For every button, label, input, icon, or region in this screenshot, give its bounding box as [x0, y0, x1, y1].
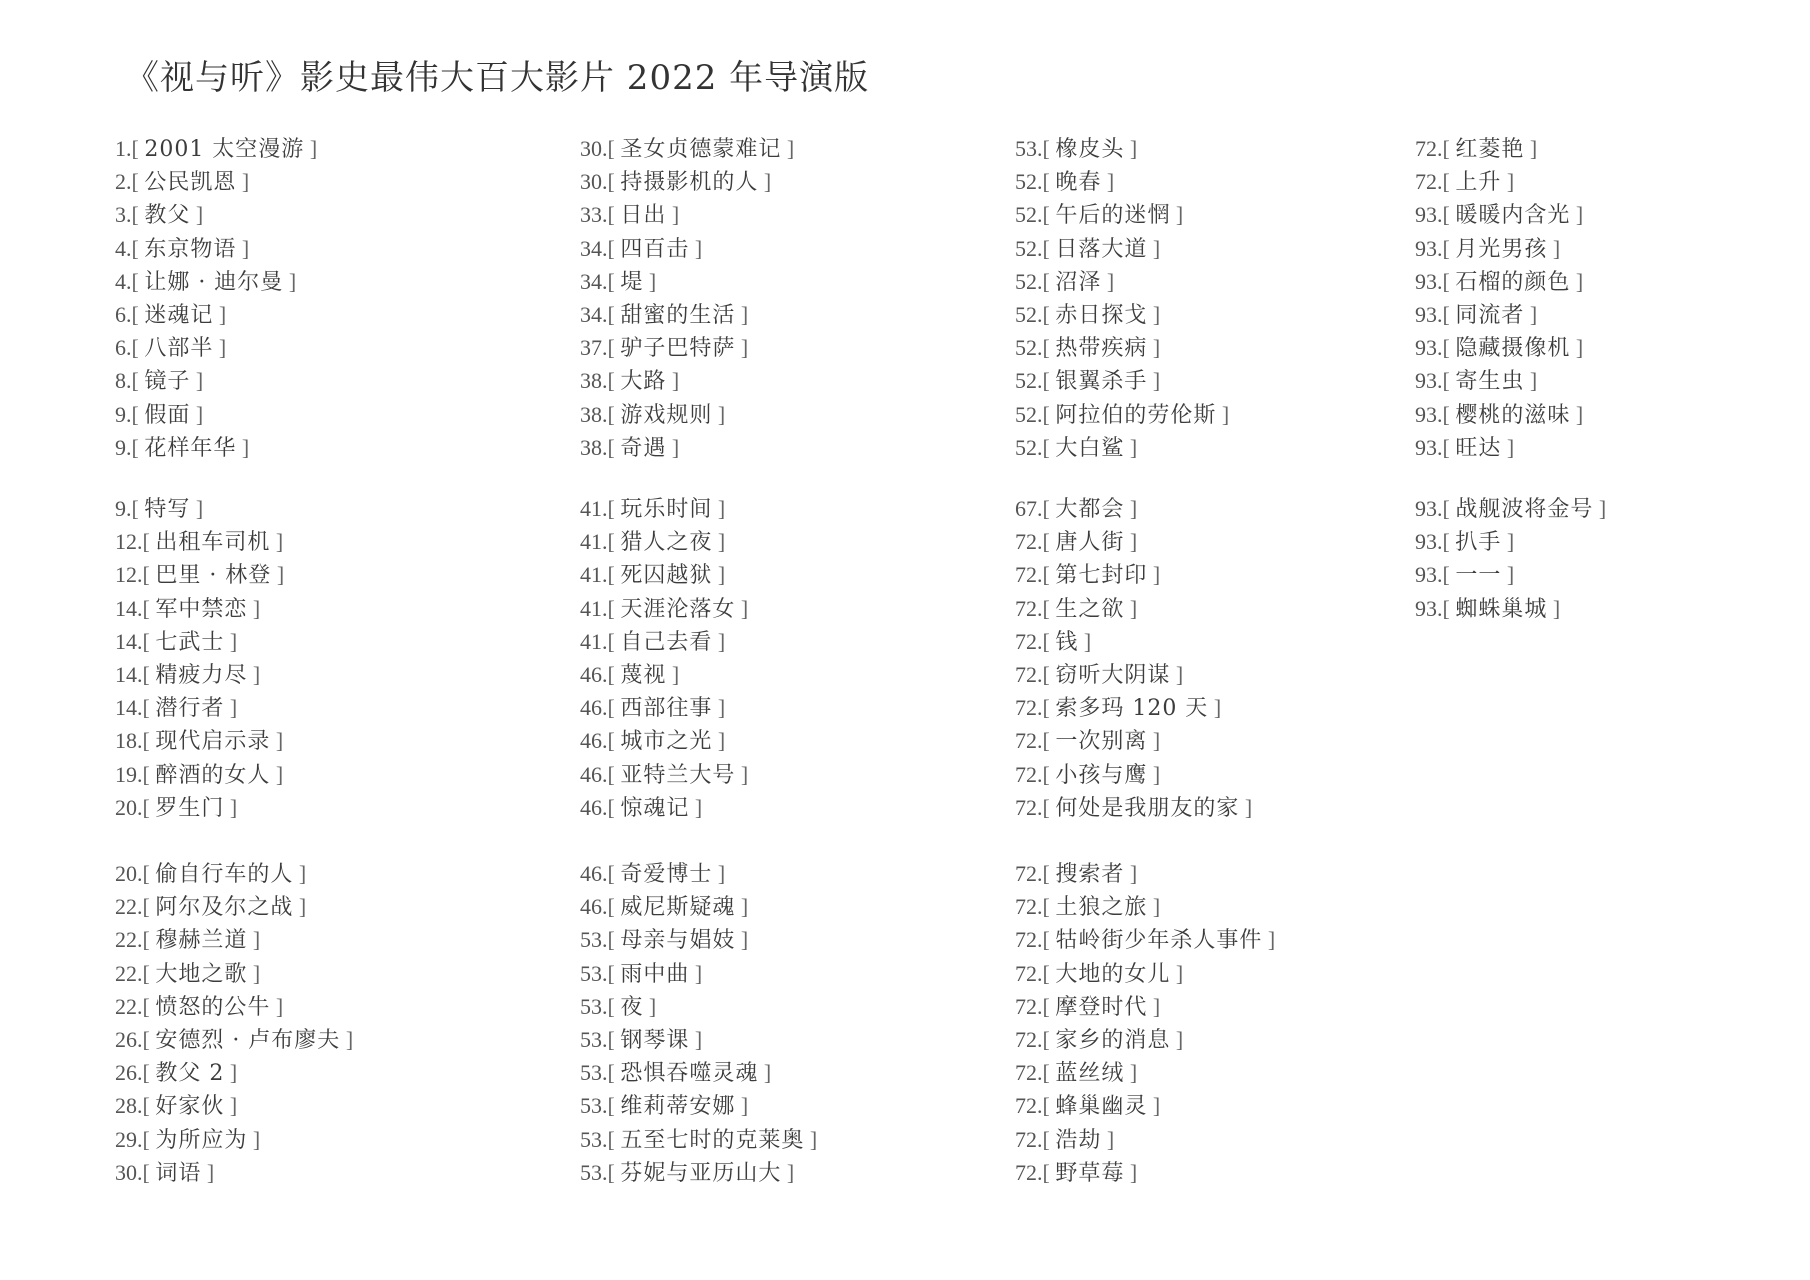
- rank-number: 93.: [1415, 269, 1443, 294]
- list-group: 93.[ 战舰波将金号 ]93.[ 扒手 ]93.[ 一一 ]93.[ 蜘蛛巢城…: [1415, 492, 1606, 625]
- film-title: 出租车司机: [155, 530, 270, 555]
- film-title: 词语: [155, 1161, 201, 1186]
- right-bracket: ]: [1524, 368, 1537, 393]
- film-title: 月光男孩: [1455, 237, 1547, 262]
- rank-number: 72.: [1015, 529, 1043, 554]
- rank-number: 93.: [1415, 402, 1443, 427]
- left-bracket: [: [143, 629, 156, 654]
- list-item: 41.[ 天涯沦落女 ]: [580, 592, 748, 625]
- film-title: 雨中曲: [620, 962, 689, 987]
- right-bracket: ]: [247, 961, 260, 986]
- left-bracket: [: [608, 269, 621, 294]
- left-bracket: [: [143, 894, 156, 919]
- film-title: 2001 太空漫游: [144, 137, 304, 162]
- list-item: 26.[ 安德烈 · 卢布廖夫 ]: [115, 1023, 353, 1056]
- left-bracket: [: [608, 529, 621, 554]
- right-bracket: ]: [643, 994, 656, 1019]
- right-bracket: ]: [1208, 695, 1221, 720]
- right-bracket: ]: [304, 136, 317, 161]
- left-bracket: [: [143, 994, 156, 1019]
- right-bracket: ]: [1147, 335, 1160, 360]
- list-item: 52.[ 大白鲨 ]: [1015, 431, 1229, 464]
- rank-number: 53.: [580, 927, 608, 952]
- right-bracket: ]: [735, 762, 748, 787]
- left-bracket: [: [608, 136, 621, 161]
- film-title: 甜蜜的生活: [620, 303, 735, 328]
- list-item: 53.[ 钢琴课 ]: [580, 1023, 817, 1056]
- left-bracket: [: [143, 762, 156, 787]
- left-bracket: [: [1043, 1027, 1056, 1052]
- rank-number: 46.: [580, 728, 608, 753]
- list-item: 53.[ 母亲与娼妓 ]: [580, 923, 817, 956]
- list-item: 34.[ 甜蜜的生活 ]: [580, 298, 794, 331]
- list-item: 72.[ 唐人街 ]: [1015, 525, 1252, 558]
- list-item: 93.[ 扒手 ]: [1415, 525, 1606, 558]
- left-bracket: [: [1043, 728, 1056, 753]
- rank-number: 34.: [580, 302, 608, 327]
- list-item: 93.[ 旺达 ]: [1415, 431, 1583, 464]
- film-title: 同流者: [1455, 303, 1524, 328]
- right-bracket: ]: [283, 269, 296, 294]
- rank-number: 46.: [580, 861, 608, 886]
- left-bracket: [: [143, 1160, 156, 1185]
- left-bracket: [: [1443, 435, 1456, 460]
- right-bracket: ]: [293, 861, 306, 886]
- right-bracket: ]: [1124, 1160, 1137, 1185]
- list-item: 72.[ 一次别离 ]: [1015, 724, 1252, 757]
- right-bracket: ]: [1124, 529, 1137, 554]
- right-bracket: ]: [1501, 562, 1514, 587]
- right-bracket: ]: [1124, 496, 1137, 521]
- left-bracket: [: [608, 762, 621, 787]
- list-item: 46.[ 城市之光 ]: [580, 724, 748, 757]
- right-bracket: ]: [1524, 136, 1537, 161]
- film-title: 奇爱博士: [620, 862, 712, 887]
- rank-number: 72.: [1015, 994, 1043, 1019]
- list-item: 72.[ 红菱艳 ]: [1415, 132, 1583, 165]
- list-item: 22.[ 穆赫兰道 ]: [115, 923, 353, 956]
- film-title: 维莉蒂安娜: [620, 1094, 735, 1119]
- right-bracket: ]: [293, 894, 306, 919]
- list-item: 53.[ 夜 ]: [580, 990, 817, 1023]
- left-bracket: [: [1043, 994, 1056, 1019]
- list-group: 30.[ 圣女贞德蒙难记 ]30.[ 持摄影机的人 ]33.[ 日出 ]34.[…: [580, 132, 794, 464]
- right-bracket: ]: [1147, 236, 1160, 261]
- rank-number: 72.: [1015, 1027, 1043, 1052]
- right-bracket: ]: [712, 695, 725, 720]
- right-bracket: ]: [1239, 795, 1252, 820]
- right-bracket: ]: [1170, 662, 1183, 687]
- left-bracket: [: [132, 302, 145, 327]
- list-item: 33.[ 日出 ]: [580, 198, 794, 231]
- left-bracket: [: [1043, 169, 1056, 194]
- list-item: 3.[ 教父 ]: [115, 198, 317, 231]
- left-bracket: [: [1443, 335, 1456, 360]
- left-bracket: [: [608, 1127, 621, 1152]
- rank-number: 19.: [115, 762, 143, 787]
- rank-number: 93.: [1415, 302, 1443, 327]
- film-title: 浩劫: [1055, 1128, 1101, 1153]
- rank-number: 93.: [1415, 236, 1443, 261]
- film-title: 游戏规则: [620, 403, 712, 428]
- right-bracket: ]: [224, 1060, 237, 1085]
- left-bracket: [: [143, 1093, 156, 1118]
- left-bracket: [: [132, 202, 145, 227]
- list-item: 6.[ 迷魂记 ]: [115, 298, 317, 331]
- rank-number: 52.: [1015, 335, 1043, 360]
- right-bracket: ]: [1147, 728, 1160, 753]
- film-title: 死囚越狱: [620, 563, 712, 588]
- right-bracket: ]: [1147, 302, 1160, 327]
- left-bracket: [: [1043, 894, 1056, 919]
- film-title: 阿尔及尔之战: [155, 895, 293, 920]
- rank-number: 6.: [115, 335, 132, 360]
- right-bracket: ]: [1124, 435, 1137, 460]
- left-bracket: [: [1043, 529, 1056, 554]
- list-item: 72.[ 牯岭街少年杀人事件 ]: [1015, 923, 1275, 956]
- film-title: 搜索者: [1055, 862, 1124, 887]
- rank-number: 72.: [1015, 961, 1043, 986]
- film-title: 公民凯恩: [144, 170, 236, 195]
- film-title: 奇遇: [620, 436, 666, 461]
- right-bracket: ]: [1147, 894, 1160, 919]
- rank-number: 53.: [1015, 136, 1043, 161]
- film-title: 猎人之夜: [620, 530, 712, 555]
- right-bracket: ]: [1524, 302, 1537, 327]
- left-bracket: [: [608, 402, 621, 427]
- left-bracket: [: [1443, 562, 1456, 587]
- film-title: 牯岭街少年杀人事件: [1055, 928, 1262, 953]
- film-title: 钱: [1055, 630, 1078, 655]
- left-bracket: [: [608, 435, 621, 460]
- rank-number: 72.: [1015, 695, 1043, 720]
- rank-number: 41.: [580, 629, 608, 654]
- rank-number: 72.: [1015, 596, 1043, 621]
- list-item: 72.[ 蜂巢幽灵 ]: [1015, 1089, 1275, 1122]
- left-bracket: [: [1443, 529, 1456, 554]
- list-item: 46.[ 亚特兰大号 ]: [580, 758, 748, 791]
- list-item: 8.[ 镜子 ]: [115, 364, 317, 397]
- list-item: 93.[ 战舰波将金号 ]: [1415, 492, 1606, 525]
- right-bracket: ]: [735, 927, 748, 952]
- right-bracket: ]: [1501, 169, 1514, 194]
- rank-number: 1.: [115, 136, 132, 161]
- right-bracket: ]: [712, 529, 725, 554]
- list-group: 67.[ 大都会 ]72.[ 唐人街 ]72.[ 第七封印 ]72.[ 生之欲 …: [1015, 492, 1252, 824]
- rank-number: 72.: [1015, 762, 1043, 787]
- rank-number: 52.: [1015, 402, 1043, 427]
- left-bracket: [: [608, 1060, 621, 1085]
- right-bracket: ]: [1547, 236, 1560, 261]
- left-bracket: [: [143, 662, 156, 687]
- left-bracket: [: [1043, 1060, 1056, 1085]
- left-bracket: [: [143, 1027, 156, 1052]
- left-bracket: [: [132, 136, 145, 161]
- list-item: 1.[ 2001 太空漫游 ]: [115, 132, 317, 165]
- list-item: 53.[ 维莉蒂安娜 ]: [580, 1089, 817, 1122]
- left-bracket: [: [143, 596, 156, 621]
- rank-number: 38.: [580, 368, 608, 393]
- film-title: 玩乐时间: [620, 497, 712, 522]
- film-title: 军中禁恋: [155, 597, 247, 622]
- right-bracket: ]: [712, 562, 725, 587]
- list-item: 46.[ 惊魂记 ]: [580, 791, 748, 824]
- film-title: 芬妮与亚历山大: [620, 1161, 781, 1186]
- film-title: 第七封印: [1055, 563, 1147, 588]
- left-bracket: [: [1043, 1127, 1056, 1152]
- rank-number: 20.: [115, 795, 143, 820]
- right-bracket: ]: [247, 596, 260, 621]
- film-title: 五至七时的克莱奥: [620, 1128, 804, 1153]
- rank-number: 46.: [580, 662, 608, 687]
- rank-number: 93.: [1415, 335, 1443, 360]
- right-bracket: ]: [666, 368, 679, 393]
- film-title: 亚特兰大号: [620, 763, 735, 788]
- rank-number: 38.: [580, 402, 608, 427]
- rank-number: 53.: [580, 1160, 608, 1185]
- list-item: 37.[ 驴子巴特萨 ]: [580, 331, 794, 364]
- left-bracket: [: [1043, 1160, 1056, 1185]
- film-title: 恐惧吞噬灵魂: [620, 1061, 758, 1086]
- left-bracket: [: [143, 728, 156, 753]
- rank-number: 28.: [115, 1093, 143, 1118]
- rank-number: 53.: [580, 994, 608, 1019]
- right-bracket: ]: [270, 529, 283, 554]
- rank-number: 34.: [580, 236, 608, 261]
- right-bracket: ]: [236, 435, 249, 460]
- rank-number: 72.: [1015, 1160, 1043, 1185]
- film-title: 为所应为: [155, 1128, 247, 1153]
- rank-number: 93.: [1415, 435, 1443, 460]
- rank-number: 52.: [1015, 435, 1043, 460]
- film-title: 东京物语: [144, 237, 236, 262]
- list-item: 34.[ 堤 ]: [580, 265, 794, 298]
- left-bracket: [: [1443, 596, 1456, 621]
- list-item: 52.[ 日落大道 ]: [1015, 232, 1229, 265]
- rank-number: 6.: [115, 302, 132, 327]
- rank-number: 72.: [1015, 1060, 1043, 1085]
- list-group: 41.[ 玩乐时间 ]41.[ 猎人之夜 ]41.[ 死囚越狱 ]41.[ 天涯…: [580, 492, 748, 824]
- list-item: 72.[ 蓝丝绒 ]: [1015, 1056, 1275, 1089]
- right-bracket: ]: [1170, 202, 1183, 227]
- list-item: 72.[ 索多玛 120 天 ]: [1015, 691, 1252, 724]
- list-item: 41.[ 自己去看 ]: [580, 625, 748, 658]
- right-bracket: ]: [247, 662, 260, 687]
- list-item: 52.[ 沼泽 ]: [1015, 265, 1229, 298]
- rank-number: 41.: [580, 596, 608, 621]
- right-bracket: ]: [735, 894, 748, 919]
- right-bracket: ]: [689, 795, 702, 820]
- left-bracket: [: [1043, 302, 1056, 327]
- film-title: 自己去看: [620, 630, 712, 655]
- film-title: 安德烈 · 卢布廖夫: [155, 1028, 340, 1053]
- film-title: 生之欲: [1055, 597, 1124, 622]
- film-title: 特写: [144, 497, 190, 522]
- rank-number: 12.: [115, 529, 143, 554]
- list-item: 30.[ 圣女贞德蒙难记 ]: [580, 132, 794, 165]
- list-item: 46.[ 西部往事 ]: [580, 691, 748, 724]
- left-bracket: [: [1043, 629, 1056, 654]
- film-title: 蜘蛛巢城: [1455, 597, 1547, 622]
- film-title: 午后的迷惘: [1055, 203, 1170, 228]
- right-bracket: ]: [758, 1060, 771, 1085]
- rank-number: 72.: [1415, 136, 1443, 161]
- right-bracket: ]: [1078, 629, 1091, 654]
- right-bracket: ]: [712, 728, 725, 753]
- rank-number: 52.: [1015, 169, 1043, 194]
- rank-number: 41.: [580, 562, 608, 587]
- right-bracket: ]: [224, 629, 237, 654]
- rank-number: 41.: [580, 529, 608, 554]
- right-bracket: ]: [1570, 335, 1583, 360]
- rank-number: 29.: [115, 1127, 143, 1152]
- list-item: 72.[ 何处是我朋友的家 ]: [1015, 791, 1252, 824]
- right-bracket: ]: [1147, 368, 1160, 393]
- list-item: 67.[ 大都会 ]: [1015, 492, 1252, 525]
- list-item: 12.[ 巴里 · 林登 ]: [115, 558, 284, 591]
- film-title: 偷自行车的人: [155, 862, 293, 887]
- list-item: 12.[ 出租车司机 ]: [115, 525, 284, 558]
- left-bracket: [: [608, 861, 621, 886]
- rank-number: 52.: [1015, 269, 1043, 294]
- film-title: 摩登时代: [1055, 995, 1147, 1020]
- left-bracket: [: [143, 1060, 156, 1085]
- list-item: 93.[ 隐藏摄像机 ]: [1415, 331, 1583, 364]
- list-group: 72.[ 红菱艳 ]72.[ 上升 ]93.[ 暖暖内含光 ]93.[ 月光男孩…: [1415, 132, 1583, 464]
- right-bracket: ]: [666, 202, 679, 227]
- list-item: 53.[ 恐惧吞噬灵魂 ]: [580, 1056, 817, 1089]
- film-title: 母亲与娼妓: [620, 928, 735, 953]
- list-item: 93.[ 月光男孩 ]: [1415, 232, 1583, 265]
- film-title: 八部半: [144, 336, 213, 361]
- film-title: 热带疾病: [1055, 336, 1147, 361]
- film-title: 现代启示录: [155, 729, 270, 754]
- film-title: 大白鲨: [1055, 436, 1124, 461]
- film-title: 圣女贞德蒙难记: [620, 137, 781, 162]
- right-bracket: ]: [1501, 529, 1514, 554]
- list-item: 2.[ 公民凯恩 ]: [115, 165, 317, 198]
- rank-number: 46.: [580, 762, 608, 787]
- film-title: 大都会: [1055, 497, 1124, 522]
- right-bracket: ]: [689, 236, 702, 261]
- list-item: 41.[ 玩乐时间 ]: [580, 492, 748, 525]
- list-item: 52.[ 午后的迷惘 ]: [1015, 198, 1229, 231]
- film-title: 驴子巴特萨: [620, 336, 735, 361]
- right-bracket: ]: [1124, 1060, 1137, 1085]
- right-bracket: ]: [758, 169, 771, 194]
- right-bracket: ]: [712, 496, 725, 521]
- left-bracket: [: [1443, 269, 1456, 294]
- rank-number: 72.: [1015, 728, 1043, 753]
- rank-number: 4.: [115, 269, 132, 294]
- right-bracket: ]: [201, 1160, 214, 1185]
- right-bracket: ]: [1124, 596, 1137, 621]
- list-item: 29.[ 为所应为 ]: [115, 1123, 353, 1156]
- right-bracket: ]: [270, 994, 283, 1019]
- left-bracket: [: [608, 496, 621, 521]
- left-bracket: [: [1443, 368, 1456, 393]
- list-item: 14.[ 潜行者 ]: [115, 691, 284, 724]
- film-title: 索多玛 120 天: [1055, 696, 1208, 721]
- right-bracket: ]: [213, 335, 226, 360]
- list-item: 93.[ 石榴的颜色 ]: [1415, 265, 1583, 298]
- rank-number: 30.: [580, 169, 608, 194]
- right-bracket: ]: [224, 695, 237, 720]
- list-item: 46.[ 蔑视 ]: [580, 658, 748, 691]
- film-title: 赤日探戈: [1055, 303, 1147, 328]
- list-item: 18.[ 现代启示录 ]: [115, 724, 284, 757]
- rank-number: 34.: [580, 269, 608, 294]
- left-bracket: [: [143, 1127, 156, 1152]
- right-bracket: ]: [1170, 1027, 1183, 1052]
- left-bracket: [: [1043, 368, 1056, 393]
- film-title: 大地之歌: [155, 962, 247, 987]
- left-bracket: [: [132, 335, 145, 360]
- left-bracket: [: [608, 961, 621, 986]
- film-title: 蓝丝绒: [1055, 1061, 1124, 1086]
- right-bracket: ]: [1147, 1093, 1160, 1118]
- right-bracket: ]: [224, 795, 237, 820]
- list-item: 72.[ 土狼之旅 ]: [1015, 890, 1275, 923]
- right-bracket: ]: [190, 496, 203, 521]
- rank-number: 93.: [1415, 596, 1443, 621]
- list-item: 28.[ 好家伙 ]: [115, 1089, 353, 1122]
- list-group: 72.[ 搜索者 ]72.[ 土狼之旅 ]72.[ 牯岭街少年杀人事件 ]72.…: [1015, 857, 1275, 1189]
- rank-number: 26.: [115, 1027, 143, 1052]
- film-title: 花样年华: [144, 436, 236, 461]
- right-bracket: ]: [804, 1127, 817, 1152]
- left-bracket: [: [608, 169, 621, 194]
- right-bracket: ]: [1124, 861, 1137, 886]
- rank-number: 2.: [115, 169, 132, 194]
- rank-number: 30.: [580, 136, 608, 161]
- rank-number: 93.: [1415, 562, 1443, 587]
- right-bracket: ]: [712, 402, 725, 427]
- film-title: 持摄影机的人: [620, 170, 758, 195]
- left-bracket: [: [132, 402, 145, 427]
- list-item: 14.[ 精疲力尽 ]: [115, 658, 284, 691]
- film-title: 上升: [1455, 170, 1501, 195]
- right-bracket: ]: [213, 302, 226, 327]
- film-title: 暖暖内含光: [1455, 203, 1570, 228]
- left-bracket: [: [1043, 496, 1056, 521]
- film-title: 教父 2: [155, 1061, 224, 1086]
- rank-number: 53.: [580, 1027, 608, 1052]
- list-item: 72.[ 浩劫 ]: [1015, 1123, 1275, 1156]
- list-item: 72.[ 小孩与鹰 ]: [1015, 758, 1252, 791]
- left-bracket: [: [608, 562, 621, 587]
- list-item: 9.[ 假面 ]: [115, 398, 317, 431]
- list-group: 46.[ 奇爱博士 ]46.[ 威尼斯疑魂 ]53.[ 母亲与娼妓 ]53.[ …: [580, 857, 817, 1189]
- left-bracket: [: [1443, 402, 1456, 427]
- film-title: 沼泽: [1055, 270, 1101, 295]
- right-bracket: ]: [735, 596, 748, 621]
- right-bracket: ]: [271, 562, 284, 587]
- left-bracket: [: [1443, 136, 1456, 161]
- left-bracket: [: [132, 236, 145, 261]
- right-bracket: ]: [1124, 136, 1137, 161]
- rank-number: 72.: [1015, 662, 1043, 687]
- film-title: 醉酒的女人: [155, 763, 270, 788]
- film-title: 蔑视: [620, 663, 666, 688]
- right-bracket: ]: [1593, 496, 1606, 521]
- list-item: 72.[ 生之欲 ]: [1015, 592, 1252, 625]
- list-item: 52.[ 赤日探戈 ]: [1015, 298, 1229, 331]
- left-bracket: [: [1443, 236, 1456, 261]
- rank-number: 9.: [115, 496, 132, 521]
- left-bracket: [: [1443, 202, 1456, 227]
- right-bracket: ]: [340, 1027, 353, 1052]
